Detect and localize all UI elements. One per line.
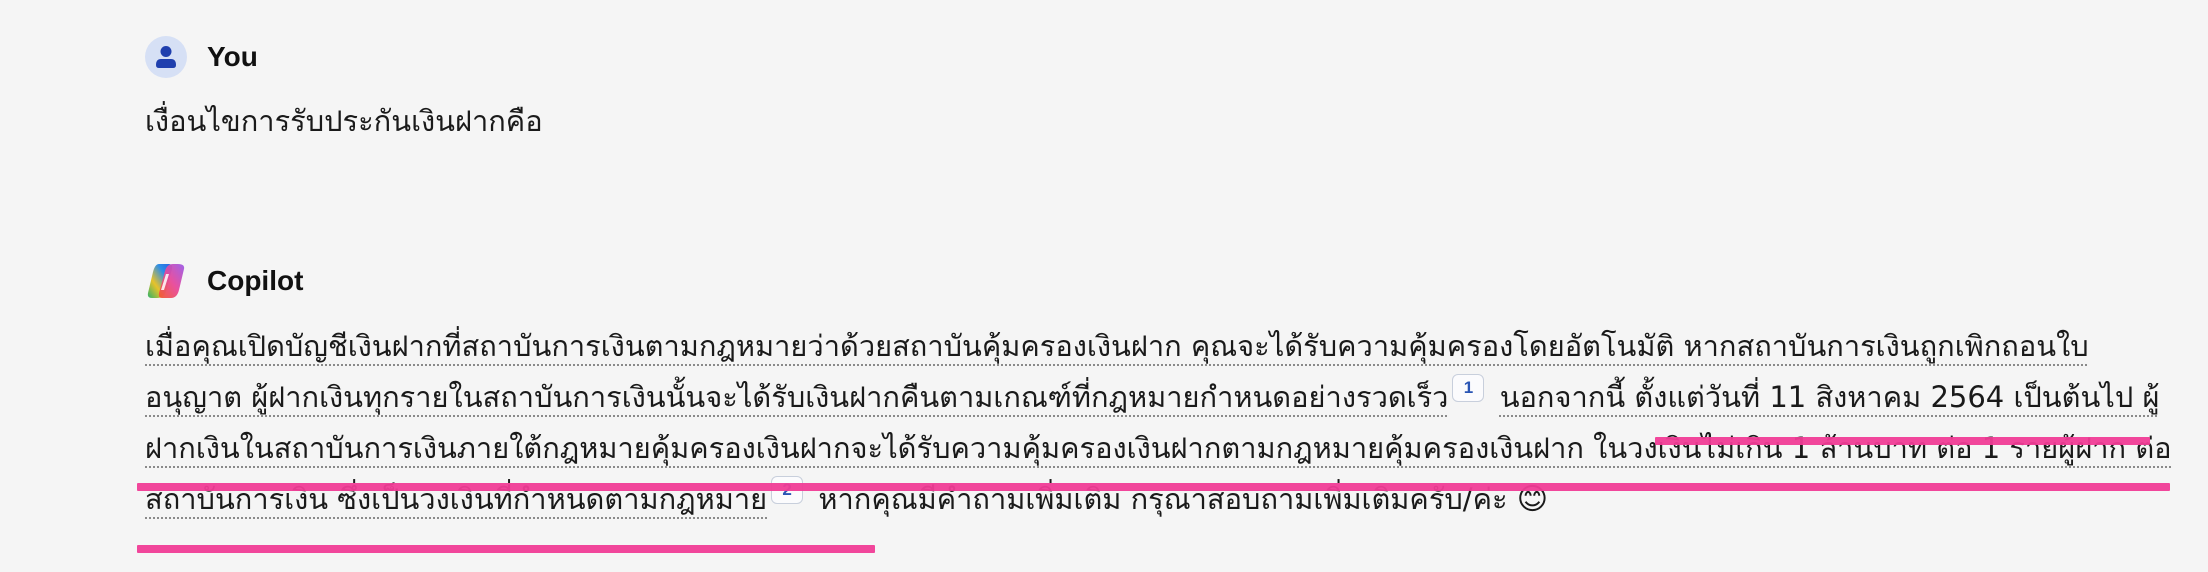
user-sender-name: You bbox=[207, 41, 258, 73]
citation-1-button[interactable]: 1 bbox=[1452, 374, 1484, 402]
citation-2-button[interactable]: 2 bbox=[771, 476, 803, 504]
copilot-logo-icon bbox=[145, 260, 187, 302]
chat-transcript: You เงื่อนไขการรับประกันเงินฝากคือ bbox=[145, 0, 2175, 525]
copilot-message-header: Copilot bbox=[145, 259, 2175, 303]
copilot-sender-name: Copilot bbox=[207, 265, 303, 297]
smiling-face-emoji-icon: 😊 bbox=[1517, 482, 1548, 517]
user-message-text: เงื่อนไขการรับประกันเงินฝากคือ bbox=[145, 101, 2175, 141]
copilot-avatar bbox=[145, 260, 187, 302]
copilot-message-text: เมื่อคุณเปิดบัญชีเงินฝากที่สถาบันการเงิน… bbox=[145, 321, 2175, 525]
user-avatar bbox=[145, 36, 187, 78]
message-spacer bbox=[145, 141, 2175, 259]
user-message-header: You bbox=[145, 35, 2175, 79]
answer-closing-text: หากคุณมีคำถามเพิ่มเติม กรุณาสอบถามเพิ่มเ… bbox=[818, 482, 1507, 516]
person-icon bbox=[155, 45, 177, 69]
highlight-annotation-3 bbox=[137, 545, 875, 553]
